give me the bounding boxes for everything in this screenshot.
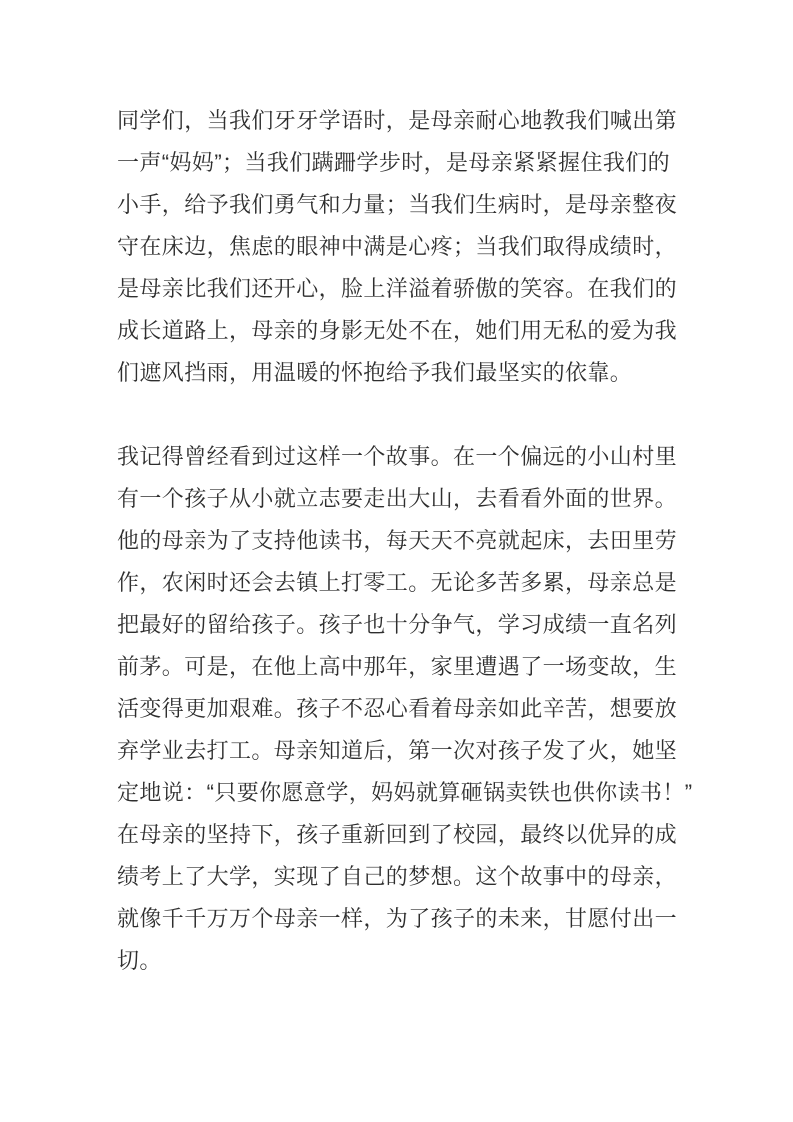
text-line: 守在床边，焦虑的眼神中满是心疼；当我们取得成绩时， bbox=[117, 226, 679, 268]
text-line: 把最好的留给孩子。孩子也十分争气，学习成绩一直名列 bbox=[117, 604, 679, 646]
document-page: 同学们，当我们牙牙学语时，是母亲耐心地教我们喊出第一声“妈妈”；当我们蹒跚学步时… bbox=[0, 0, 793, 1122]
text-line: 成长道路上，母亲的身影无处不在，她们用无私的爱为我 bbox=[117, 310, 679, 352]
text-line: 前茅。可是，在他上高中那年，家里遭遇了一场变故，生 bbox=[117, 646, 679, 688]
text-line: 一声“妈妈”；当我们蹒跚学步时，是母亲紧紧握住我们的 bbox=[117, 142, 679, 184]
text-line: 作，农闲时还会去镇上打零工。无论多苦多累，母亲总是 bbox=[117, 562, 679, 604]
text-line: 弃学业去打工。母亲知道后，第一次对孩子发了火，她坚 bbox=[117, 730, 679, 772]
text-line: 小手，给予我们勇气和力量；当我们生病时，是母亲整夜 bbox=[117, 184, 679, 226]
paragraph: 我记得曾经看到过这样一个故事。在一个偏远的小山村里有一个孩子从小就立志要走出大山… bbox=[117, 436, 679, 982]
text-line: 在母亲的坚持下，孩子重新回到了校园，最终以优异的成 bbox=[117, 814, 679, 856]
text-line: 就像千千万万个母亲一样，为了孩子的未来，甘愿付出一 bbox=[117, 898, 679, 940]
text-line: 活变得更加艰难。孩子不忍心看着母亲如此辛苦，想要放 bbox=[117, 688, 679, 730]
text-block: 同学们，当我们牙牙学语时，是母亲耐心地教我们喊出第一声“妈妈”；当我们蹒跚学步时… bbox=[117, 100, 679, 982]
paragraph: 同学们，当我们牙牙学语时，是母亲耐心地教我们喊出第一声“妈妈”；当我们蹒跚学步时… bbox=[117, 100, 679, 394]
text-line: 切。 bbox=[117, 940, 679, 982]
text-line: 定地说：“只要你愿意学，妈妈就算砸锅卖铁也供你读书！” bbox=[117, 772, 679, 814]
text-line: 我记得曾经看到过这样一个故事。在一个偏远的小山村里 bbox=[117, 436, 679, 478]
text-line: 们遮风挡雨，用温暖的怀抱给予我们最坚实的依靠。 bbox=[117, 352, 679, 394]
text-line: 是母亲比我们还开心，脸上洋溢着骄傲的笑容。在我们的 bbox=[117, 268, 679, 310]
text-line: 他的母亲为了支持他读书，每天天不亮就起床，去田里劳 bbox=[117, 520, 679, 562]
text-line: 有一个孩子从小就立志要走出大山，去看看外面的世界。 bbox=[117, 478, 679, 520]
text-line: 绩考上了大学，实现了自己的梦想。这个故事中的母亲， bbox=[117, 856, 679, 898]
text-line: 同学们，当我们牙牙学语时，是母亲耐心地教我们喊出第 bbox=[117, 100, 679, 142]
